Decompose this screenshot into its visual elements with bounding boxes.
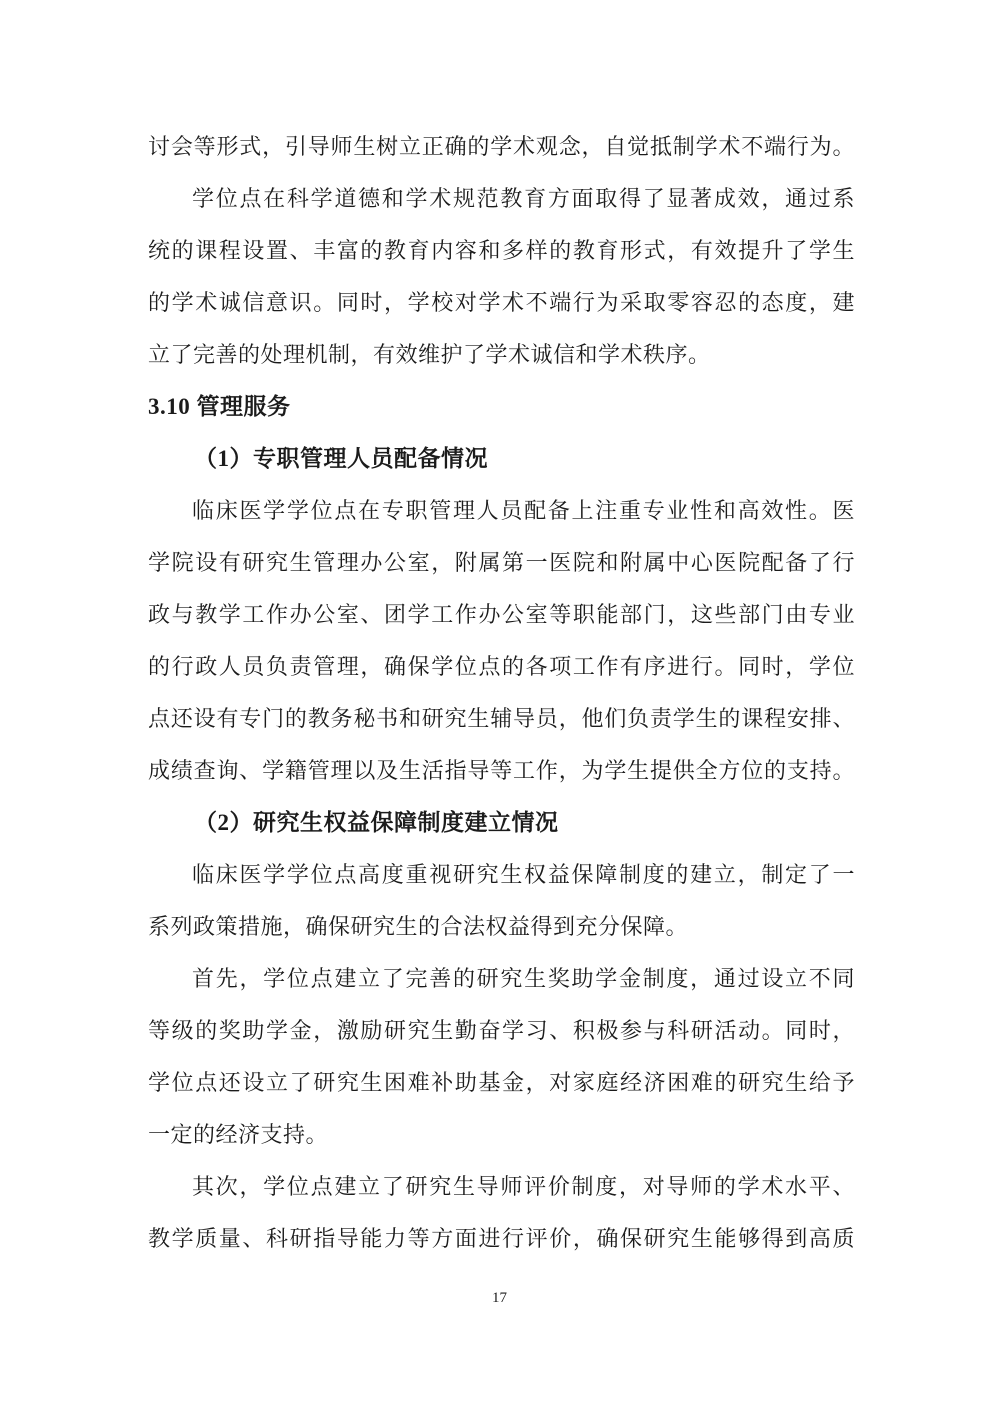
text-line: 等级的奖助学金，激励研究生勤奋学习、积极参与科研活动。同时， xyxy=(148,1005,855,1057)
text-line: 其次，学位点建立了研究生导师评价制度，对导师的学术水平、 xyxy=(148,1161,855,1213)
text-line: 学院设有研究生管理办公室，附属第一医院和附属中心医院配备了行 xyxy=(148,537,855,589)
text-line: 讨会等形式，引导师生树立正确的学术观念，自觉抵制学术不端行为。 xyxy=(148,121,855,173)
text-line: 成绩查询、学籍管理以及生活指导等工作，为学生提供全方位的支持。 xyxy=(148,745,855,797)
text-line: 立了完善的处理机制，有效维护了学术诚信和学术秩序。 xyxy=(148,329,855,381)
document-page: 讨会等形式，引导师生树立正确的学术观念，自觉抵制学术不端行为。学位点在科学道德和… xyxy=(0,0,999,1414)
text-line: 一定的经济支持。 xyxy=(148,1109,855,1161)
text-line: 的学术诚信意识。同时，学校对学术不端行为采取零容忍的态度，建 xyxy=(148,277,855,329)
text-line: 统的课程设置、丰富的教育内容和多样的教育形式，有效提升了学生 xyxy=(148,225,855,277)
page-number: 17 xyxy=(0,1288,999,1308)
text-line: 临床医学学位点在专职管理人员配备上注重专业性和高效性。医 xyxy=(148,485,855,537)
text-line: 学位点还设立了研究生困难补助基金，对家庭经济困难的研究生给予 xyxy=(148,1057,855,1109)
text-line: （1）专职管理人员配备情况 xyxy=(148,433,855,485)
text-line: 系列政策措施，确保研究生的合法权益得到充分保障。 xyxy=(148,901,855,953)
text-line: 临床医学学位点高度重视研究生权益保障制度的建立，制定了一 xyxy=(148,849,855,901)
text-line: 的行政人员负责管理，确保学位点的各项工作有序进行。同时，学位 xyxy=(148,641,855,693)
text-line: 政与教学工作办公室、团学工作办公室等职能部门，这些部门由专业 xyxy=(148,589,855,641)
text-line: 学位点在科学道德和学术规范教育方面取得了显著成效，通过系 xyxy=(148,173,855,225)
text-line: 点还设有专门的教务秘书和研究生辅导员，他们负责学生的课程安排、 xyxy=(148,693,855,745)
text-line: 3.10 管理服务 xyxy=(148,381,855,433)
text-line: （2）研究生权益保障制度建立情况 xyxy=(148,797,855,849)
text-line: 教学质量、科研指导能力等方面进行评价，确保研究生能够得到高质 xyxy=(148,1213,855,1265)
document-body: 讨会等形式，引导师生树立正确的学术观念，自觉抵制学术不端行为。学位点在科学道德和… xyxy=(148,121,855,1265)
text-line: 首先，学位点建立了完善的研究生奖助学金制度，通过设立不同 xyxy=(148,953,855,1005)
